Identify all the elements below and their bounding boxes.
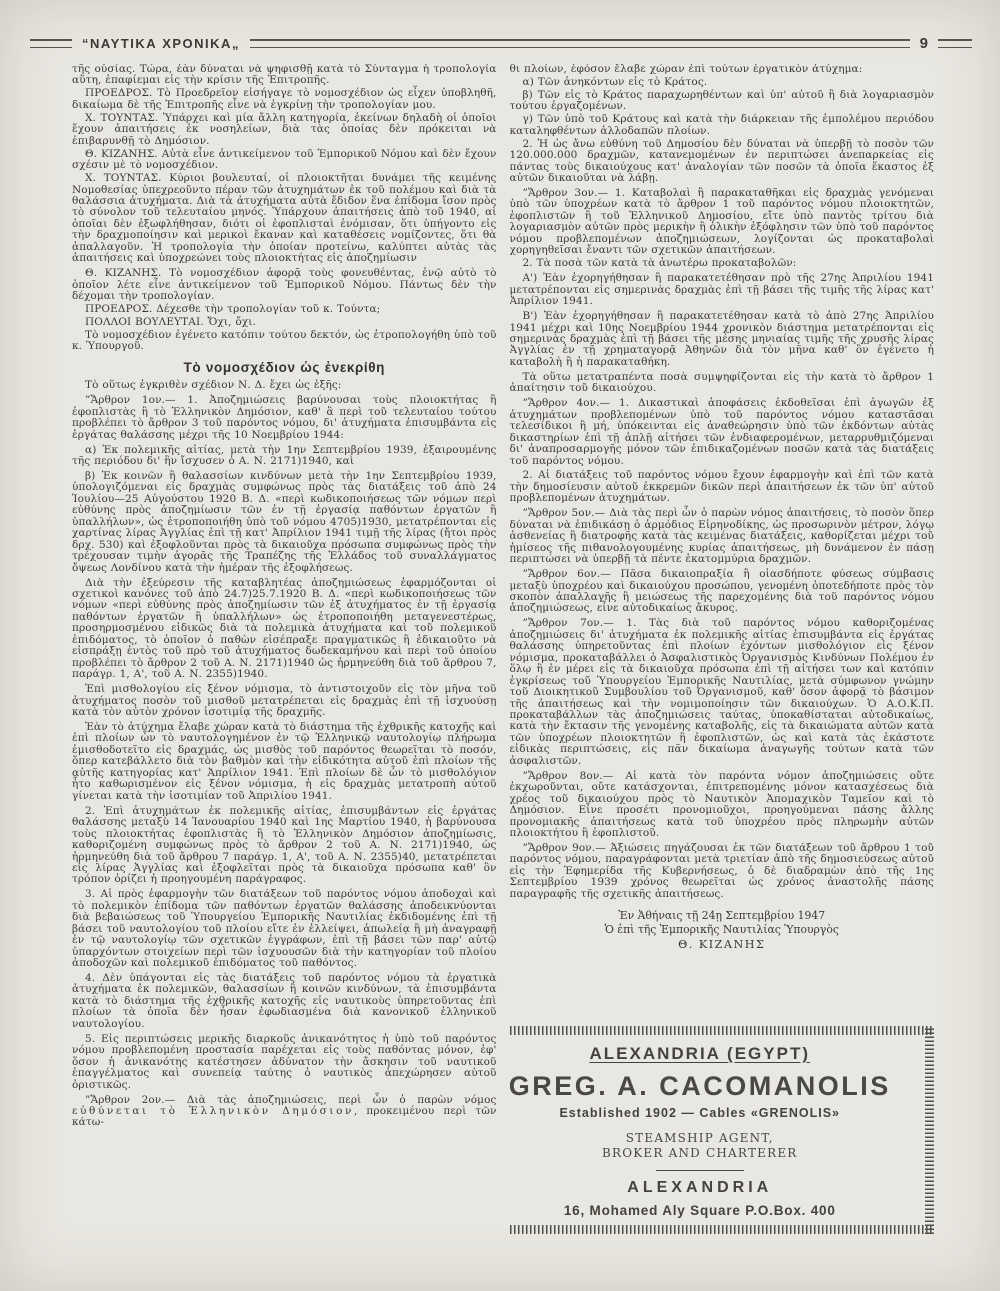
paragraph: Τὰ οὕτω μετατραπέντα ποσὰ συμψηφίζονται … [510,372,935,395]
paragraph: ”Ἄρθρον 8ον.— Αἱ κατὰ τὸν παρόντα νόμον … [510,771,935,840]
paragraph: Β') Ἐὰν ἐχορηγήθησαν ἢ παρακατετέθησαν κ… [510,311,935,368]
paragraph: β) Τῶν εἰς τὸ Κράτος παραχωρηθέντων καὶ … [510,90,935,113]
paragraph: Θ. ΚΙΖΑΝΗΣ. Τὸ νομοσχέδιον ἀφορᾷ τοὺς φο… [72,268,497,302]
ad-role-line-2: BROKER AND CHARTERER [510,1146,915,1161]
right-column-text: θι πλοίων, ἐφόσον ἔλαβε χώραν ἐπὶ τούτων… [510,64,935,902]
section-heading: Τὸ νομοσχέδιον ὡς ἐνεκρίθη [72,362,497,373]
left-column: τῆς οὐσίας. Τώρα, ἐὰν δύναται νὰ ψηφισθῇ… [72,64,497,1264]
ad-established-line: Established 1902 — Cables «GRENOLIS» [510,1106,915,1120]
paragraph: Χ. ΤΟΥΝΤΑΣ. Ὑπάρχει καὶ μία ἄλλη κατηγορ… [72,113,497,147]
closing-signature-title: Ὁ ἐπὶ τῆς Ἐμπορικῆς Ναυτιλίας Ὑπουργὸς [510,923,935,938]
paragraph: Ἐπὶ μισθολογίου εἰς ξένον νόμισμα, τὸ ἀν… [72,684,497,718]
paragraph: ΠΡΟΕΔΡΟΣ. Δέχεσθε τὴν τροπολογίαν τοῦ κ.… [72,304,497,315]
paragraph: Τὸ οὕτως ἐγκριθὲν σχέδιον Ν. Δ. ἔχει ὡς … [72,380,497,391]
ad-border-bottom [510,1225,935,1234]
paragraph: β) Ἐκ κοινῶν ἢ θαλασσίων κινδύνων μετὰ τ… [72,471,497,574]
paragraph: 2. Τὰ ποσὰ τῶν κατὰ τὰ ἀνωτέρω προκαταβο… [510,258,935,269]
paragraph: ΠΡΟΕΔΡΟΣ. Τὸ Προεδρεῖον εἰσήγαγε τὸ νομο… [72,88,497,111]
ad-city: ALEXANDRIA [510,1179,915,1197]
advertisement-box: ALEXANDRIA (EGYPT) GREG. A. CACOMANOLIS … [510,1026,935,1234]
scanned-journal-page: { "header": { "title": "“ΝΑΥΤΙΚΑ ΧΡΟΝΙΚΑ… [0,0,1000,1291]
masthead-rule-middle [250,39,910,48]
ad-divider-rule [656,1170,744,1171]
content-columns: τῆς οὐσίας. Τώρα, ἐὰν δύναται νὰ ψηφισθῇ… [0,54,1000,1264]
right-column: θι πλοίων, ἐφόσον ἔλαβε χώραν ἐπὶ τούτων… [510,64,935,1264]
closing-place-date: Ἐν Ἀθήναις τῇ 24ῃ Σεπτεμβρίου 1947 [510,909,935,924]
paragraph: τῆς οὐσίας. Τώρα, ἐὰν δύναται νὰ ψηφισθῇ… [72,64,497,87]
paragraph: Τὸ νομοσχέδιον ἐγένετο κατόπιν τούτου δε… [72,330,497,353]
text-run: ”Ἄρθρον 2ον.— Διὰ τὰς ἀποζημιώσεις, περὶ… [85,1094,497,1106]
ad-border-top [510,1026,935,1035]
ad-role-block: STEAMSHIP AGENT, BROKER AND CHARTERER [510,1131,915,1161]
paragraph: γ) Τῶν ὑπὸ τοῦ Κράτους καὶ κατὰ τὴν διάρ… [510,114,935,137]
paragraph: Χ. ΤΟΥΝΤΑΣ. Κύριοι βουλευταί, οἱ πλοιοκτ… [72,173,497,265]
page-number: 9 [920,35,928,52]
closing-signature-name: Θ. ΚΙΖΑΝΗΣ [510,938,935,953]
paragraph: α) Τῶν ἀνηκόντων εἰς τὸ Κράτος. [510,77,935,88]
journal-title: “ΝΑΥΤΙΚΑ ΧΡΟΝΙΚΑ„ [82,36,240,51]
paragraph: ”Ἄρθρον 5ον.— Διὰ τὰς περὶ ὧν ὁ παρὼν νό… [510,508,935,565]
masthead: “ΝΑΥΤΙΚΑ ΧΡΟΝΙΚΑ„ 9 [30,32,972,54]
paragraph: ”Ἄρθρον 7ον.— 1. Τὰς διὰ τοῦ παρόντος νό… [510,618,935,767]
paragraph: α) Ἐκ πολεμικῆς αἰτίας, μετὰ τὴν 1ην Σεπ… [72,445,497,468]
ad-role-line-1: STEAMSHIP AGENT, [510,1131,915,1146]
paragraph: ”Ἄρθρον 6ον.— Πᾶσα δικαιοπραξία ἢ οἱασδή… [510,569,935,615]
paragraph: ”Ἄρθρον 3ον.— 1. Καταβολαὶ ἢ παρακαταθῆκ… [510,188,935,257]
ad-border-right [925,1026,934,1234]
paragraph: ”Ἄρθρον 2ον.— Διὰ τὰς ἀποζημιώσεις, περὶ… [72,1095,497,1129]
paragraph: Διὰ τὴν ἐξεύρεσιν τῆς καταβλητέας ἀποζημ… [72,578,497,681]
paragraph: 3. Αἱ πρὸς ἐφαρμογὴν τῶν διατάξεων τοῦ π… [72,889,497,969]
masthead-rule-left [30,39,72,48]
emphasized-text: εὐθύνεται τὸ Ἑλληνικὸν Δημόσιον [72,1105,354,1117]
paragraph: 2. Ἡ ὡς ἄνω εὐθύνη τοῦ Δημοσίου δὲν δύνα… [510,139,935,185]
paragraph: 5. Εἰς περιπτώσεις μερικῆς διαρκοῦς ἀνικ… [72,1034,497,1091]
ad-company-name: GREG. A. CACOMANOLIS [510,1071,915,1102]
paragraph: ”Ἄρθρον 9ον.— Ἀξιώσεις πηγάζουσαι ἐκ τῶν… [510,843,935,900]
paragraph: ΠΟΛΛΟΙ ΒΟΥΛΕΥΤΑΙ. Ὄχι, ὄχι. [72,317,497,328]
paragraph: Ἐὰν τὸ ἀτύχημα ἔλαβε χώραν κατὰ τὸ διάστ… [72,722,497,802]
paragraph: Α') Ἐὰν ἐχορηγήθησαν ἢ παρακατετέθησαν π… [510,273,935,307]
paragraph: ”Ἄρθρον 4ον.— 1. Δικαστικαὶ ἀποφάσεις ἐκ… [510,398,935,467]
ad-location-heading: ALEXANDRIA (EGYPT) [510,1044,915,1064]
paragraph: 4. Δὲν ὑπάγονται εἰς τὰς διατάξεις τοῦ π… [72,973,497,1030]
paragraph: 2. Αἱ διατάξεις τοῦ παρόντος νόμου ἔχουν… [510,470,935,504]
closing-block: Ἐν Ἀθήναις τῇ 24ῃ Σεπτεμβρίου 1947 Ὁ ἐπὶ… [510,909,935,953]
paragraph: ”Ἄρθρον 1ον.— 1. Ἀποζημιώσεις βαρύνουσαι… [72,395,497,441]
paragraph: θι πλοίων, ἐφόσον ἔλαβε χώραν ἐπὶ τούτων… [510,64,935,75]
paragraph: Θ. ΚΙΖΑΝΗΣ. Αὐτὰ εἶνε ἀντικείμενον τοῦ Ἐ… [72,149,497,172]
ad-address: 16, Mohamed Aly Square P.O.Box. 400 [510,1203,915,1218]
masthead-rule-right [938,39,972,48]
paragraph: 2. Ἐπὶ ἀτυχημάτων ἐκ πολεμικῆς αἰτίας, ἐ… [72,806,497,886]
